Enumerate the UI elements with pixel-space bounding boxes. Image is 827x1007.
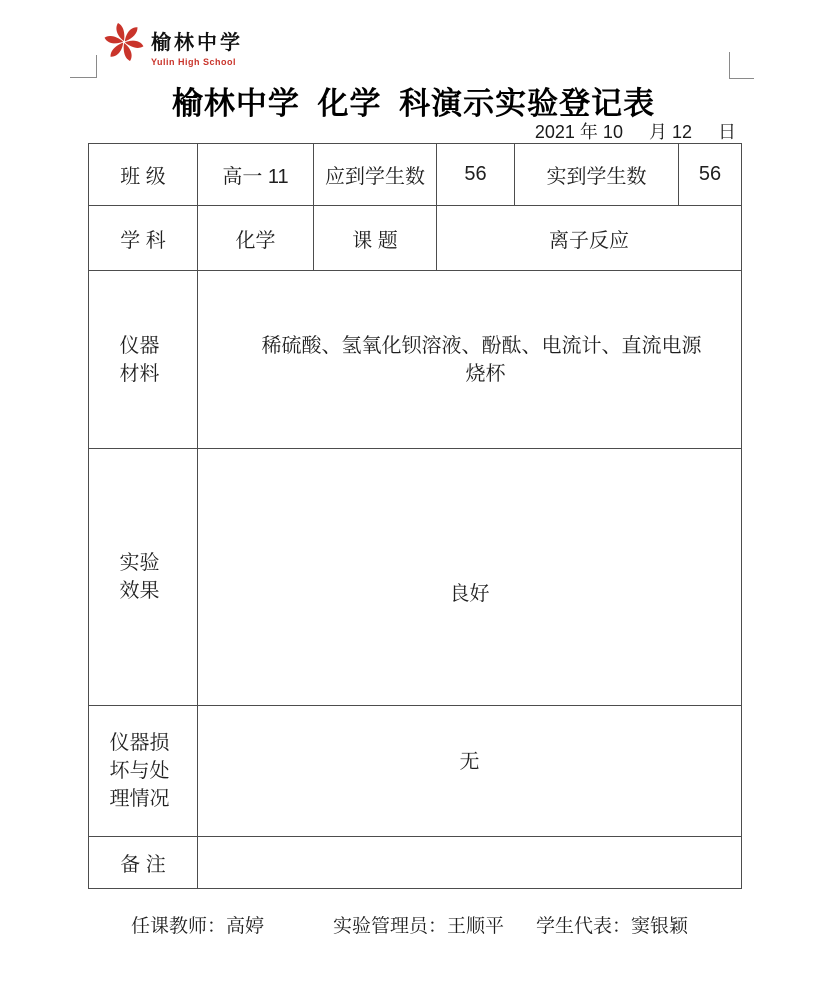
- damage-value: 无: [460, 751, 480, 773]
- damage-label-cell: 仪器损坏与处理情况: [89, 706, 198, 837]
- materials-line2: 烧杯: [222, 360, 741, 388]
- lab-manager-signature: 实验管理员：王顺平: [333, 911, 504, 938]
- school-name-english: Yulin High School: [151, 57, 243, 67]
- damage-label: 仪器损坏与处理情况: [110, 729, 177, 813]
- registration-form-table: 班 级 高一 11 应到学生数 56 实到学生数 56 学 科 化学 课 题 离…: [88, 143, 742, 889]
- expected-students-value-cell: 56: [437, 144, 515, 206]
- date-month-day: 月 12: [649, 122, 692, 142]
- materials-line1: 稀硫酸、氢氧化钡溶液、酚酞、电流计、直流电源: [222, 332, 741, 360]
- materials-label-cell: 仪器材料: [89, 271, 198, 449]
- right-corner-mark: [729, 52, 754, 79]
- date-line: 2021 年 10月 12日: [88, 118, 736, 144]
- school-name-chinese: 榆林中学: [151, 26, 243, 55]
- effect-label: 实验效果: [120, 549, 167, 605]
- damage-value-cell: 无: [198, 706, 742, 837]
- date-day-label: 日: [718, 122, 736, 142]
- pinwheel-flower-icon: [104, 22, 144, 62]
- remarks-value-cell: [198, 837, 742, 889]
- table-row-damage: 仪器损坏与处理情况 无: [89, 706, 742, 837]
- effect-label-cell: 实验效果: [89, 449, 198, 706]
- school-logo-text: 榆林中学 Yulin High School: [151, 22, 243, 67]
- table-row-effect: 实验效果 良好: [89, 449, 742, 706]
- actual-students-value-cell: 56: [679, 144, 742, 206]
- materials-value-cell: 稀硫酸、氢氧化钡溶液、酚酞、电流计、直流电源 烧杯: [198, 271, 742, 449]
- document-title: 榆林中学 化学 科演示实验登记表: [0, 78, 827, 123]
- table-row-class: 班 级 高一 11 应到学生数 56 实到学生数 56: [89, 144, 742, 206]
- subject-value-cell: 化学: [198, 206, 314, 271]
- effect-value-cell: 良好: [198, 449, 742, 706]
- teacher-signature: 任课教师：高婷: [131, 911, 264, 938]
- document-page: 榆林中学 Yulin High School 榆林中学 化学 科演示实验登记表 …: [0, 0, 827, 1007]
- expected-students-label-cell: 应到学生数: [314, 144, 437, 206]
- class-label-cell: 班 级: [89, 144, 198, 206]
- class-value-cell: 高一 11: [198, 144, 314, 206]
- school-logo: 榆林中学 Yulin High School: [104, 22, 243, 67]
- actual-students-label-cell: 实到学生数: [515, 144, 679, 206]
- table-row-materials: 仪器材料 稀硫酸、氢氧化钡溶液、酚酞、电流计、直流电源 烧杯: [89, 271, 742, 449]
- topic-value-cell: 离子反应: [437, 206, 742, 271]
- subject-label-cell: 学 科: [89, 206, 198, 271]
- table-row-remarks: 备 注: [89, 837, 742, 889]
- effect-value: 良好: [450, 583, 490, 605]
- remarks-label-cell: 备 注: [89, 837, 198, 889]
- left-corner-mark: [70, 55, 97, 78]
- topic-label-cell: 课 题: [314, 206, 437, 271]
- materials-label: 仪器材料: [120, 332, 167, 388]
- table-row-subject: 学 科 化学 课 题 离子反应: [89, 206, 742, 271]
- date-year-month: 2021 年 10: [535, 122, 623, 142]
- student-rep-signature: 学生代表：窦银颖: [536, 911, 688, 938]
